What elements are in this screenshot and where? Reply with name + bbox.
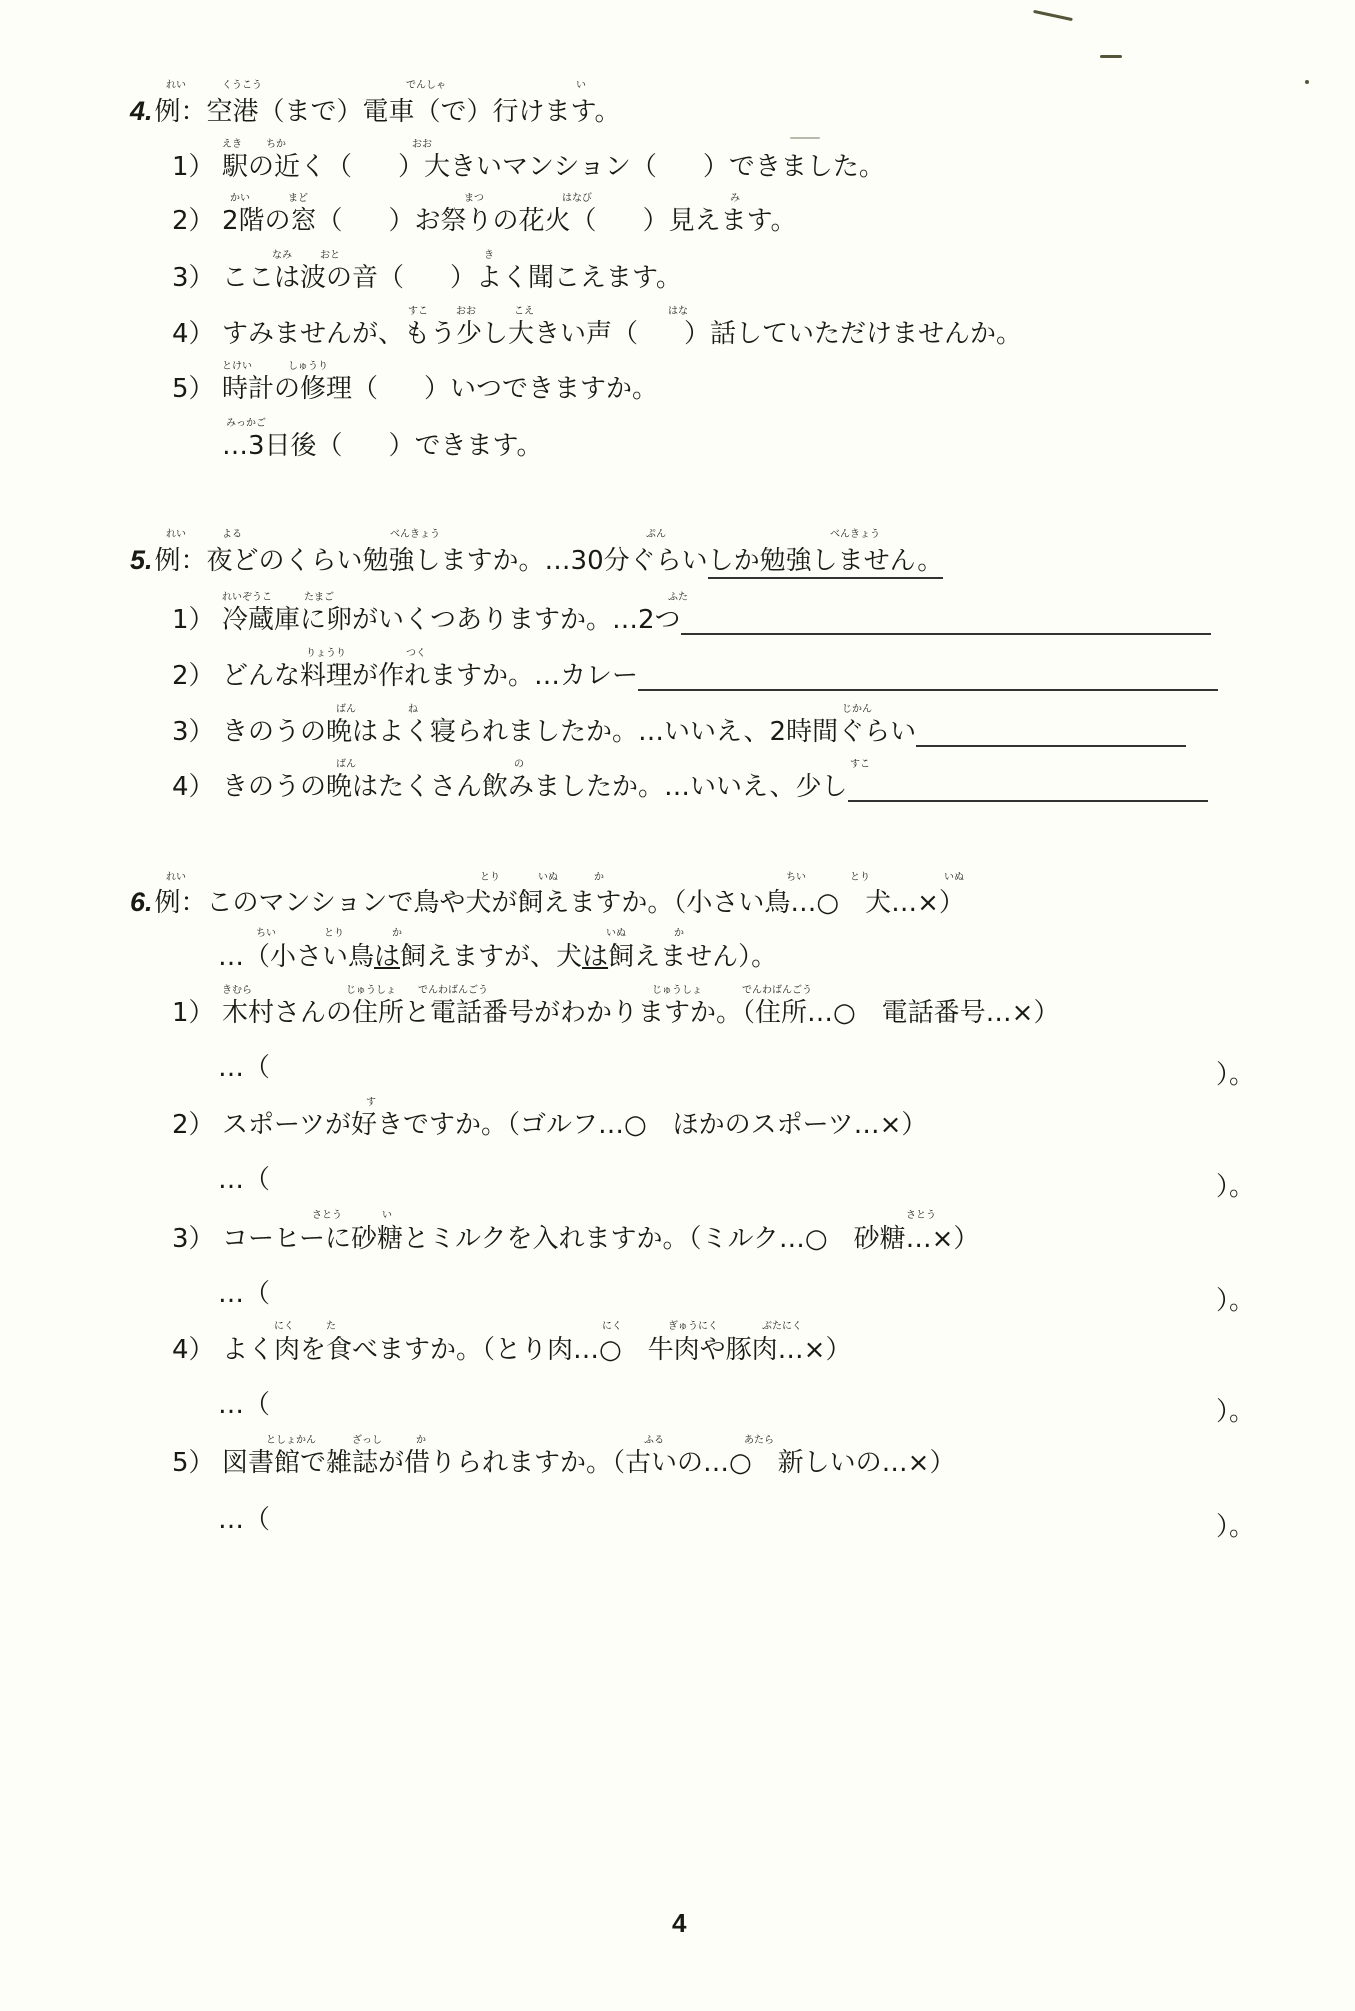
item-text: ）できます。 [389,431,543,461]
section-6-item-4: 4）よく肉を食べますか。（とり肉…○ 牛肉や豚肉…×） [172,1335,851,1365]
section-5-item-2: 2）どんな料理が作れますか。…カレー [172,661,1218,691]
answer-open: …（ [218,1165,270,1195]
example-answer-text: 飼えません）。 [608,942,777,972]
furigana: き [484,250,494,262]
furigana: れい [166,80,186,92]
furigana: い [576,80,586,92]
underlined-particle: は [582,942,608,972]
furigana: ばん [336,704,356,716]
item-text: どんな料理が作れますか。…カレー [222,661,638,691]
item-text: ）お祭りの花火（ [389,206,597,236]
furigana: すこ [850,759,870,771]
answer-open: …（ [218,1505,270,1535]
example-question: 夜どのくらい勉強しますか。…30分ぐらい [207,546,708,576]
worksheet-page: れい くうこう でんしゃ い 4.例：空港（まで）電車（で）行けます。 えき ち… [0,0,1355,2011]
item-text: 時計の修理（ [222,374,378,404]
furigana: としょかん [266,1435,316,1447]
answer-field[interactable] [270,1053,1205,1083]
answer-open: …（ [218,1053,270,1083]
item-number: 2） [172,206,222,236]
furigana: とけい [222,361,252,373]
scan-speck [790,137,820,139]
item-number: 4） [172,1335,222,1365]
example-label: 例： [155,888,207,918]
section-5-item-1: 1）冷蔵庫に卵がいくつありますか。…2つ [172,605,1211,635]
item-text: ）見えます。 [643,206,797,236]
item-number: 4） [172,772,222,802]
scan-speck [1305,80,1309,84]
furigana: いぬ [538,872,558,884]
furigana: ぷん [646,529,666,541]
item-text: ）話していただけませんか。 [684,319,1022,349]
page-number: 4 [672,1908,686,1939]
item-text: すみませんが、もう少し大きい声（ [222,319,638,349]
furigana: れい [166,529,186,541]
section-6-item-1: 1）木村さんの住所と電話番号がわかりますか。（住所…○ 電話番号…×） [172,998,1059,1028]
answer-close: ）。 [1216,1512,1255,1542]
furigana: べんきょう [390,529,440,541]
item-text: ここは波の音（ [222,263,404,293]
item-number: 5） [172,1448,222,1478]
furigana: でんわばんごう [742,985,812,997]
furigana: ね [408,704,418,716]
section-4-item-5-answer: …3日後（）できます。 [222,431,542,461]
item-text: 冷蔵庫に卵がいくつありますか。…2つ [222,605,681,635]
furigana: ぎゅうにく [668,1321,718,1333]
section-6-example-answer: …（小さい鳥は飼えますが、犬は飼えません）。 [218,942,777,972]
example-text: 空港（まで）電車（で）行けます。 [207,97,621,127]
furigana: す [366,1097,376,1109]
furigana: ばん [336,759,356,771]
furigana: とり [480,872,500,884]
item-number: 4） [172,319,222,349]
furigana: おと [320,250,340,262]
item-number: 3） [172,1224,222,1254]
answer-field[interactable] [270,1279,1205,1309]
furigana: ぶたにく [762,1321,802,1333]
section-4-item-5: 5）時計の修理（）いつできますか。 [172,374,658,404]
section-6-example: 6.例：このマンションで鳥や犬が飼えますか。（小さい鳥…○ 犬…×） [130,887,965,918]
item-text: ）いつできますか。 [424,374,658,404]
item-text: …3日後（ [222,431,343,461]
item-number: 1） [172,605,222,635]
example-question: このマンションで鳥や犬が飼えますか。（小さい鳥…○ 犬…×） [207,888,965,918]
answer-blank[interactable] [681,607,1211,635]
item-text: ）大きいマンション（ [398,152,657,182]
furigana: とり [324,928,344,940]
furigana: おお [412,139,432,151]
scan-speck [1033,10,1073,21]
furigana: れいぞうこ [222,592,272,604]
item-text: ）よく聞こえます。 [450,263,682,293]
answer-blank[interactable] [848,774,1208,802]
answer-field[interactable] [270,1505,1205,1535]
item-text: 木村さんの住所と電話番号がわかりますか。（住所…○ 電話番号…×） [222,998,1059,1028]
section-number: 5. [130,545,153,575]
furigana: か [674,928,684,940]
item-number: 5） [172,374,222,404]
furigana: み [730,193,740,205]
furigana: ざっし [352,1435,382,1447]
item-number: 2） [172,661,222,691]
furigana: いぬ [944,872,964,884]
example-answer-underlined: しか勉強しません。 [708,546,944,579]
furigana: こえ [514,306,534,318]
furigana: いぬ [606,928,626,940]
item-number: 3） [172,717,222,747]
furigana: あたら [744,1435,774,1447]
section-5-item-3: 3）きのうの晩はよく寝られましたか。…いいえ、2時間ぐらい [172,717,1186,747]
furigana: の [514,759,524,771]
item-text: きのうの晩はたくさん飲みましたか。…いいえ、少し [222,772,848,802]
answer-open: …（ [218,1390,270,1420]
furigana: か [594,872,604,884]
section-4-item-3: 3）ここは波の音（）よく聞こえます。 [172,263,682,293]
furigana: ふる [644,1435,664,1447]
item-text: スポーツが好きですか。（ゴルフ…○ ほかのスポーツ…×） [222,1110,927,1140]
furigana: まつ [464,193,484,205]
section-number: 6. [130,887,153,917]
example-answer-text: 飼えますが、犬 [400,942,582,972]
answer-blank[interactable] [638,663,1218,691]
furigana: つく [406,648,426,660]
furigana: くうこう [222,80,262,92]
furigana: にく [602,1321,622,1333]
furigana: はなび [562,193,592,205]
furigana: でんしゃ [406,80,446,92]
answer-close: ）。 [1216,1286,1255,1316]
furigana: はな [668,306,688,318]
answer-field[interactable] [270,1165,1205,1195]
section-5-item-4: 4）きのうの晩はたくさん飲みましたか。…いいえ、少し [172,772,1208,802]
furigana: かい [230,193,250,205]
item-text: 図書館で雑誌が借りられますか。（古いの…○ 新しいの…×） [222,1448,955,1478]
item-text: きのうの晩はよく寝られましたか。…いいえ、2時間ぐらい [222,717,916,747]
furigana: さとう [312,1210,342,1222]
section-6-item-3: 3）コーヒーに砂糖とミルクを入れますか。（ミルク…○ 砂糖…×） [172,1224,979,1254]
furigana: でんわばんごう [418,985,488,997]
answer-close: ）。 [1216,1172,1255,1202]
furigana: い [382,1210,392,1222]
furigana: きむら [222,985,252,997]
item-text: よく肉を食べますか。（とり肉…○ 牛肉や豚肉…×） [222,1335,851,1365]
answer-close: ）。 [1216,1060,1255,1090]
furigana: すこ [408,306,428,318]
furigana: えき [222,139,242,151]
example-label: 例： [155,97,207,127]
scan-speck [1100,55,1122,58]
section-5-example: 5.例：夜どのくらい勉強しますか。…30分ぐらいしか勉強しません。 [130,545,943,576]
furigana: た [326,1321,336,1333]
item-number: 3） [172,263,222,293]
section-4-item-2: 2）2階の窓（）お祭りの花火（）見えます。 [172,206,796,236]
section-4-item-4: 4）すみませんが、もう少し大きい声（）話していただけませんか。 [172,319,1022,349]
furigana: べんきょう [830,529,880,541]
item-text: 駅の近く（ [222,152,352,182]
furigana: とり [850,872,870,884]
section-4-item-1: 1）駅の近く（）大きいマンション（）できました。 [172,152,885,182]
answer-open: …（ [218,1279,270,1309]
furigana: ちい [786,872,806,884]
item-number: 1） [172,152,222,182]
example-answer-text: …（小さい鳥 [218,942,374,972]
furigana: れい [166,872,186,884]
item-text: コーヒーに砂糖とミルクを入れますか。（ミルク…○ 砂糖…×） [222,1224,979,1254]
answer-field[interactable] [270,1390,1205,1420]
section-6-item-5: 5）図書館で雑誌が借りられますか。（古いの…○ 新しいの…×） [172,1448,955,1478]
section-number: 4. [130,96,153,126]
item-text: 2階の窓（ [222,206,343,236]
furigana: か [392,928,402,940]
furigana: じかん [842,704,872,716]
furigana: ふた [668,592,688,604]
furigana: なみ [272,250,292,262]
furigana: しゅうり [288,361,328,373]
example-label: 例： [155,546,207,576]
furigana: にく [274,1321,294,1333]
section-6-item-2: 2）スポーツが好きですか。（ゴルフ…○ ほかのスポーツ…×） [172,1110,927,1140]
furigana: じゅうしょ [652,985,702,997]
furigana: さとう [906,1210,936,1222]
item-text: ）できました。 [703,152,885,182]
item-number: 1） [172,998,222,1028]
furigana: じゅうしょ [346,985,396,997]
furigana: たまご [304,592,334,604]
section-4-example: 4.例：空港（まで）電車（で）行けます。 [130,96,620,127]
furigana: ちか [266,139,286,151]
furigana: ちい [256,928,276,940]
furigana: まど [288,193,308,205]
answer-blank[interactable] [916,719,1186,747]
furigana: よる [222,529,242,541]
furigana: か [416,1435,426,1447]
furigana: おお [456,306,476,318]
furigana: みっかご [226,418,266,430]
underlined-particle: は [374,942,400,972]
furigana: りょうり [306,648,346,660]
item-number: 2） [172,1110,222,1140]
answer-close: ）。 [1216,1397,1255,1427]
